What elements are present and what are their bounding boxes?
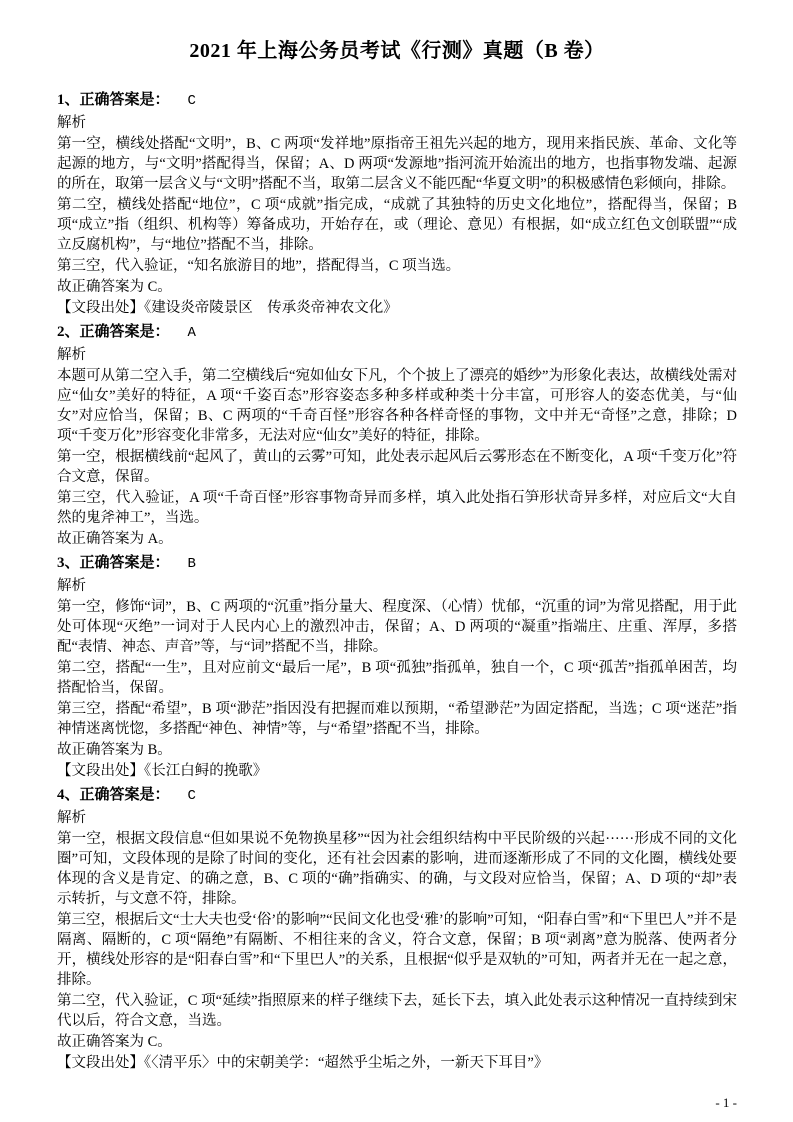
- source-line: 【文段出处】《长江白鲟的挽歌》: [57, 761, 737, 781]
- conclusion-line: 故正确答案为 C。: [57, 277, 737, 297]
- analysis-paragraph: 第三空，根据后文“士大夫也受‘俗’的影响”“民间文化也受‘雅’的影响”可知，“阳…: [57, 910, 737, 990]
- analysis-paragraphs: 第一空，修饰“词”，B、C 两项的“沉重”指分量大、程度深、（心情）忧郁，“沉重…: [57, 597, 737, 739]
- question-answer-header: 1、正确答案是：C: [57, 90, 737, 112]
- question-block: 3、正确答案是：B 解析 第一空，修饰“词”，B、C 两项的“沉重”指分量大、程…: [57, 553, 737, 781]
- answer-label: 3、正确答案是：: [57, 555, 170, 571]
- analysis-paragraph: 第二空，代入验证，C 项“延续”指照原来的样子继续下去，延长下去，填入此处表示这…: [57, 991, 737, 1031]
- analysis-label: 解析: [57, 808, 737, 828]
- answer-letter: C: [188, 93, 196, 109]
- question-block: 1、正确答案是：C 解析 第一空，横线处搭配“文明”，B、C 两项“发祥地”原指…: [57, 90, 737, 318]
- analysis-label: 解析: [57, 345, 737, 365]
- answer-letter: C: [188, 788, 196, 804]
- conclusion-line: 故正确答案为 B。: [57, 740, 737, 760]
- page-number: - 1 -: [715, 1095, 737, 1110]
- question-block: 2、正确答案是：A 解析 本题可从第二空入手，第二空横线后“宛如仙女下凡，个个披…: [57, 322, 737, 549]
- analysis-paragraph: 第三空，代入验证，“知名旅游目的地”，搭配得当，C 项当选。: [57, 256, 737, 276]
- analysis-paragraph: 第三空，搭配“希望”，B 项“渺茫”指因没有把握而难以预期，“希望渺茫”为固定搭…: [57, 699, 737, 739]
- answer-label: 4、正确答案是：: [57, 787, 170, 803]
- source-line: 【文段出处】《建设炎帝陵景区 传承炎帝神农文化》: [57, 298, 737, 318]
- answer-label: 2、正确答案是：: [57, 324, 170, 340]
- question-answer-header: 4、正确答案是：C: [57, 785, 737, 807]
- analysis-paragraph: 第一空，根据横线前“起风了，黄山的云雾”可知，此处表示起风后云雾形态在不断变化，…: [57, 447, 737, 487]
- question-block: 4、正确答案是：C 解析 第一空，根据文段信息“但如果说不免物换星移”“因为社会…: [57, 785, 737, 1073]
- conclusion-line: 故正确答案为 A。: [57, 529, 737, 549]
- analysis-label: 解析: [57, 113, 737, 133]
- analysis-paragraph: 第一空，根据文段信息“但如果说不免物换星移”“因为社会组织结构中平民阶级的兴起·…: [57, 829, 737, 909]
- page-title: 2021 年上海公务员考试《行测》真题（B 卷）: [57, 38, 737, 64]
- conclusion-line: 故正确答案为 C。: [57, 1032, 737, 1052]
- analysis-paragraph: 第二空，搭配“一生”，且对应前文“最后一尾”，B 项“孤独”指孤单，独自一个，C…: [57, 658, 737, 698]
- document-page: 2021 年上海公务员考试《行测》真题（B 卷） 1、正确答案是：C 解析 第一…: [0, 0, 793, 1122]
- source-line: 【文段出处】《〈清平乐〉中的宋朝美学：“超然乎尘垢之外，一新天下耳目”》: [57, 1053, 737, 1073]
- answer-letter: A: [188, 325, 196, 341]
- analysis-paragraphs: 本题可从第二空入手，第二空横线后“宛如仙女下凡，个个披上了漂亮的婚纱”为形象化表…: [57, 366, 737, 528]
- analysis-paragraph: 第二空，横线处搭配“地位”，C 项“成就”指完成，“成就了其独特的历史文化地位”…: [57, 195, 737, 255]
- answer-letter: B: [188, 556, 196, 572]
- questions-container: 1、正确答案是：C 解析 第一空，横线处搭配“文明”，B、C 两项“发祥地”原指…: [57, 90, 737, 1073]
- analysis-paragraph: 本题可从第二空入手，第二空横线后“宛如仙女下凡，个个披上了漂亮的婚纱”为形象化表…: [57, 366, 737, 446]
- analysis-paragraph: 第一空，横线处搭配“文明”，B、C 两项“发祥地”原指帝王祖先兴起的地方，现用来…: [57, 134, 737, 194]
- analysis-paragraph: 第三空，代入验证，A 项“千奇百怪”形容事物奇异而多样，填入此处指石笋形状奇异多…: [57, 488, 737, 528]
- analysis-paragraphs: 第一空，根据文段信息“但如果说不免物换星移”“因为社会组织结构中平民阶级的兴起·…: [57, 829, 737, 1031]
- question-answer-header: 2、正确答案是：A: [57, 322, 737, 344]
- analysis-label: 解析: [57, 576, 737, 596]
- answer-label: 1、正确答案是：: [57, 92, 170, 108]
- question-answer-header: 3、正确答案是：B: [57, 553, 737, 575]
- analysis-paragraph: 第一空，修饰“词”，B、C 两项的“沉重”指分量大、程度深、（心情）忧郁，“沉重…: [57, 597, 737, 657]
- analysis-paragraphs: 第一空，横线处搭配“文明”，B、C 两项“发祥地”原指帝王祖先兴起的地方，现用来…: [57, 134, 737, 276]
